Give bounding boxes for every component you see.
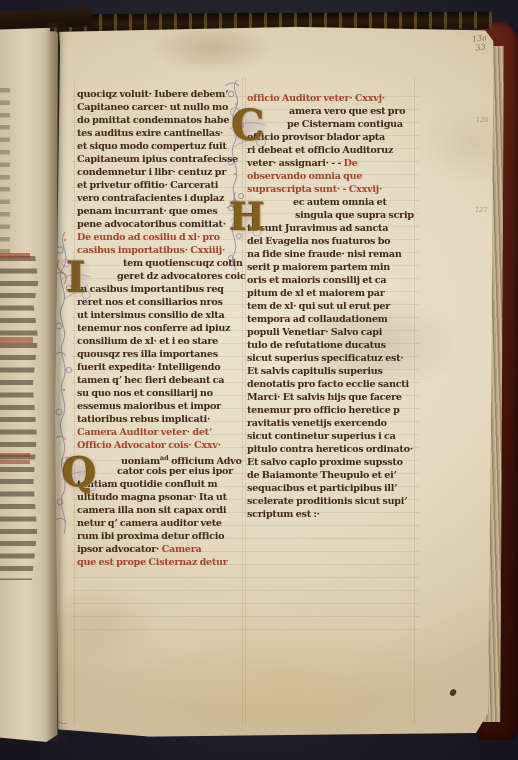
left-column: quociqz voluit· Iubere debemʼCapitaneo c…	[77, 88, 245, 569]
text-segment: Capitaneo carcer· ut nullo mo	[77, 102, 228, 113]
manuscript-line: essemus maioribus et impor	[77, 400, 245, 413]
manuscript-line: scelerate proditionis sicut supiʼ	[247, 495, 421, 508]
initial-item: I	[60, 255, 92, 303]
manuscript-line: reret nos et consiliarios nros	[77, 296, 245, 309]
manuscript-line: que est prope Cisternaz detur	[77, 556, 245, 569]
manuscript-line: pe Cisternam contigua	[247, 118, 421, 131]
text-segment: sequacibus et participibus illʼ	[247, 483, 397, 494]
manuscript-line: oris et maioris consilij et ca	[247, 274, 421, 287]
manuscript-photo: 13a 33 126 127	[0, 0, 518, 760]
manuscript-page: 13a 33 126 127	[52, 24, 496, 738]
manuscript-line: dei Evagelia nos fuaturos bo	[247, 235, 421, 248]
text-segment: denotatis pro facto ecclie sancti	[247, 379, 409, 390]
text-segment: pitum de xl et maiorem par	[247, 288, 385, 299]
text-segment: geret dz advocatores coic	[117, 271, 246, 282]
manuscript-line: observando omnia que	[247, 170, 421, 183]
manuscript-line: in casibus importantibus req	[77, 283, 245, 296]
manuscript-line: sequacibus et participibus illʼ	[247, 482, 421, 495]
text-segment: et siquo modo compertuz fuit	[77, 141, 227, 152]
manuscript-line: Capitaneum ipius contrafecisse	[77, 153, 245, 166]
text-segment: netur qʼ camera auditor vete	[77, 518, 222, 529]
initial-letter: C	[228, 103, 268, 149]
text-segment: scriptum est :·	[247, 509, 320, 520]
text-segment: Camera Auditor veter· detʼ	[77, 427, 212, 438]
manuscript-line: suprascripta sunt· - Cxxvij·	[247, 183, 421, 196]
manuscript-line: ultitudo magna psonar· Ita ut	[77, 491, 245, 504]
text-segment: tantiam quotidie confluit m	[77, 479, 217, 490]
manuscript-line: na fide sine fraude· nisi reman	[247, 248, 421, 261]
text-segment: De	[344, 158, 358, 169]
text-segment: Capitaneum ipius contrafecisse	[77, 154, 238, 165]
manuscript-line: su quo nos et consiliarij no	[77, 387, 245, 400]
manuscript-line: tenemur nos conferre ad ipiuz	[77, 322, 245, 335]
initial-hec: H	[229, 195, 263, 241]
facing-page-rubric-fragment	[0, 453, 30, 466]
manuscript-line: scriptum est :·	[247, 508, 421, 521]
manuscript-line: tempora ad collaudationem	[247, 313, 421, 326]
manuscript-line: vero contrafacientes i duplaz	[77, 192, 245, 205]
initial-letter: I	[60, 255, 92, 301]
text-segment: cator cois per eius ipor	[117, 466, 233, 477]
text-segment: pitulo contra hereticos ordinato·	[247, 444, 413, 455]
text-segment: quociqz voluit· Iubere debemʼ	[77, 89, 228, 100]
text-segment: ta sunt Juravimus ad sancta	[247, 223, 388, 234]
manuscript-line: Officio Advocator cois· Cxxv·	[77, 439, 245, 452]
text-segment: tenemur pro officio heretice p	[247, 405, 400, 416]
manuscript-line: pene advocatoribus comittat·	[77, 218, 245, 231]
text-segment: essemus maioribus et impor	[77, 401, 221, 412]
text-segment: pe Cisternam contigua	[287, 119, 403, 130]
text-segment: penam incurrant· que omes	[77, 206, 217, 217]
text-segment: na fide sine fraude· nisi reman	[247, 249, 402, 260]
manuscript-line: ipsor advocator· Camera	[77, 543, 245, 556]
manuscript-line: singula que supra scrip	[247, 209, 421, 222]
text-segment: populi Venetiar· Salvo capi	[247, 327, 382, 338]
manuscript-line: quousqz res illa importanes	[77, 348, 245, 361]
manuscript-line: quociqz voluit· Iubere debemʼ	[77, 88, 245, 101]
initial-quoniam: Q	[60, 451, 98, 497]
manuscript-line: Et salvis capitulis superius	[247, 365, 421, 378]
ruling-line-vertical	[74, 78, 75, 724]
text-segment: observando omnia que	[247, 171, 362, 182]
text-segment: ad	[160, 454, 169, 462]
text-segment: sicut superius specificatuz est·	[247, 353, 403, 364]
text-segment: tem de xl· qui sut ul erut per	[247, 301, 390, 312]
text-segment: Et salvo caplo proxime supssto	[247, 457, 403, 468]
manuscript-line: officio Auditor veter· Cxxvj·	[247, 92, 421, 105]
text-segment: De eundo ad cosiliu d xl· pro	[77, 232, 220, 243]
text-segment: singula que supra scrip	[295, 210, 414, 221]
manuscript-line: geret dz advocatores coic	[77, 270, 245, 283]
right-column: officio Auditor veter· Cxxvj·amera vero …	[247, 92, 421, 521]
text-segment: reret nos et consiliarios nros	[77, 297, 223, 308]
manuscript-line: tes auditus exire cantinellas·	[77, 127, 245, 140]
manuscript-line: ta sunt Juravimus ad sancta	[247, 222, 421, 235]
manuscript-line: et privetur offitio· Carcerati	[77, 179, 245, 192]
ink-blot	[449, 688, 457, 697]
manuscript-line: netur qʼ camera auditor vete	[77, 517, 245, 530]
manuscript-line: consilium de xl· et i eo stare	[77, 335, 245, 348]
manuscript-line: officio provisor blador apta	[247, 131, 421, 144]
manuscript-line: tamen qʼ hec fieri debeant ca	[77, 374, 245, 387]
text-segment: consilium de xl· et i eo stare	[77, 336, 218, 347]
text-segment: que est prope Cisternaz detur	[77, 557, 228, 568]
text-segment: ultitudo magna psonar· Ita ut	[77, 492, 227, 503]
facing-page-text-fragments	[0, 88, 10, 258]
text-segment: ravitatis venetijs exercendo	[247, 418, 387, 429]
manuscript-line: fuerit expedita· Intelligendo	[77, 361, 245, 374]
text-segment: tes auditus exire cantinellas·	[77, 128, 223, 139]
text-segment: suprascripta sunt· - Cxxvij·	[247, 184, 382, 195]
manuscript-line: sicut superius specificatuz est·	[247, 352, 421, 365]
text-segment: su quo nos et consiliarij no	[77, 388, 213, 399]
manuscript-line: do pmittat condemnatos habe	[77, 114, 245, 127]
margin-chapter-number: 126	[476, 116, 488, 124]
manuscript-line: uoniamad officium Advo	[77, 452, 245, 465]
initial-letter: H	[229, 195, 263, 239]
text-segment: sicut continetur superius i ca	[247, 431, 396, 442]
text-segment: pene advocatoribus comittat·	[77, 219, 226, 230]
text-segment: fuerit expedita· Intelligendo	[77, 362, 220, 373]
book-cover-corner	[0, 8, 92, 29]
facing-page-text-fragments	[0, 256, 40, 580]
text-segment: tamen qʼ hec fieri debeant ca	[77, 375, 224, 386]
manuscript-line: pitulo contra hereticos ordinato·	[247, 443, 421, 456]
text-segment: Officio Advocator cois· Cxxv·	[77, 440, 221, 451]
text-segment: ipsor advocator·	[77, 544, 162, 555]
manuscript-line: tenemur pro officio heretice p	[247, 404, 421, 417]
manuscript-line: Et salvo caplo proxime supssto	[247, 456, 421, 469]
facing-page-rubric-fragment	[0, 253, 30, 258]
text-segment: camera illa non sit capax ordi	[77, 505, 226, 516]
manuscript-line: rum ibi proxima detur officio	[77, 530, 245, 543]
manuscript-line: camera illa non sit capax ordi	[77, 504, 245, 517]
manuscript-line: tem quotienscuqz cotin	[77, 257, 245, 270]
manuscript-line: denotatis pro facto ecclie sancti	[247, 378, 421, 391]
manuscript-line: tulo de refutatione ducatus	[247, 339, 421, 352]
manuscript-line: pitum de xl et maiorem par	[247, 287, 421, 300]
text-segment: dei Evagelia nos fuaturos bo	[247, 236, 390, 247]
manuscript-line: ut intersimus consilio de xlta	[77, 309, 245, 322]
text-segment: ri debeat et officio Auditoruz	[247, 145, 393, 156]
text-segment: in casibus importantibus req	[77, 284, 224, 295]
manuscript-line: serit p maiorem partem min	[247, 261, 421, 274]
text-segment: serit p maiorem partem min	[247, 262, 390, 273]
text-segment: vero contrafacientes i duplaz	[77, 193, 224, 204]
manuscript-line: casibus importatibus· Cxxiiij·	[77, 244, 245, 257]
text-segment: Marci· Et salvis hijs que facere	[247, 392, 402, 403]
manuscript-line: De eundo ad cosiliu d xl· pro	[77, 231, 245, 244]
manuscript-line: tem de xl· qui sut ul erut per	[247, 300, 421, 313]
manuscript-line: ri debeat et officio Auditoruz	[247, 144, 421, 157]
text-segment: quousqz res illa importanes	[77, 349, 218, 360]
manuscript-line: de Baiamonte Theupulo et eiʼ	[247, 469, 421, 482]
facing-page-edge	[0, 22, 58, 742]
text-segment: tempora ad collaudationem	[247, 314, 388, 325]
ruling-line-vertical	[245, 78, 246, 724]
text-segment: rum ibi proxima detur officio	[77, 531, 224, 542]
manuscript-line: et siquo modo compertuz fuit	[77, 140, 245, 153]
manuscript-line: populi Venetiar· Salvo capi	[247, 326, 421, 339]
text-segment: de Baiamonte Theupulo et eiʼ	[247, 470, 397, 481]
initial-camera: C	[228, 103, 268, 151]
manuscript-line: ec autem omnia et	[247, 196, 421, 209]
text-segment: Et salvis capitulis superius	[247, 366, 383, 377]
manuscript-line: condemnetur i libr· centuz pr	[77, 166, 245, 179]
text-segment: ec autem omnia et	[293, 197, 387, 208]
text-segment: do pmittat condemnatos habe	[77, 115, 229, 126]
manuscript-line: Marci· Et salvis hijs que facere	[247, 391, 421, 404]
margin-chapter-number: 127	[475, 206, 487, 214]
text-segment: tem quotienscuqz cotin	[123, 258, 243, 269]
manuscript-line: ravitatis venetijs exercendo	[247, 417, 421, 430]
manuscript-line: sicut continetur superius i ca	[247, 430, 421, 443]
text-segment: casibus importatibus· Cxxiiij·	[77, 245, 225, 256]
manuscript-line: amera vero que est pro	[247, 105, 421, 118]
manuscript-line: tatioribus rebus implicati·	[77, 413, 245, 426]
text-segment: tulo de refutatione ducatus	[247, 340, 386, 351]
text-segment: et privetur offitio· Carcerati	[77, 180, 218, 191]
text-segment: tatioribus rebus implicati·	[77, 414, 210, 425]
manuscript-line: penam incurrant· que omes	[77, 205, 245, 218]
manuscript-line: Capitaneo carcer· ut nullo mo	[77, 101, 245, 114]
text-segment: condemnetur i libr· centuz pr	[77, 167, 226, 178]
text-segment: oris et maioris consilij et ca	[247, 275, 386, 286]
manuscript-line: tantiam quotidie confluit m	[77, 478, 245, 491]
manuscript-line: veter· assignari· - - De	[247, 157, 421, 170]
manuscript-line: Camera Auditor veter· detʼ	[77, 426, 245, 439]
initial-letter: Q	[60, 451, 98, 495]
text-segment: amera vero que est pro	[289, 106, 405, 117]
manuscript-line: cator cois per eius ipor	[77, 465, 245, 478]
text-segment: scelerate proditionis sicut supiʼ	[247, 496, 407, 507]
facing-page-rubric-fragment	[0, 337, 33, 343]
text-segment: veter· assignari· - -	[247, 158, 344, 169]
text-segment: ut intersimus consilio de xlta	[77, 310, 224, 321]
text-segment: tenemur nos conferre ad ipiuz	[77, 323, 230, 334]
text-segment: Camera	[162, 544, 202, 555]
